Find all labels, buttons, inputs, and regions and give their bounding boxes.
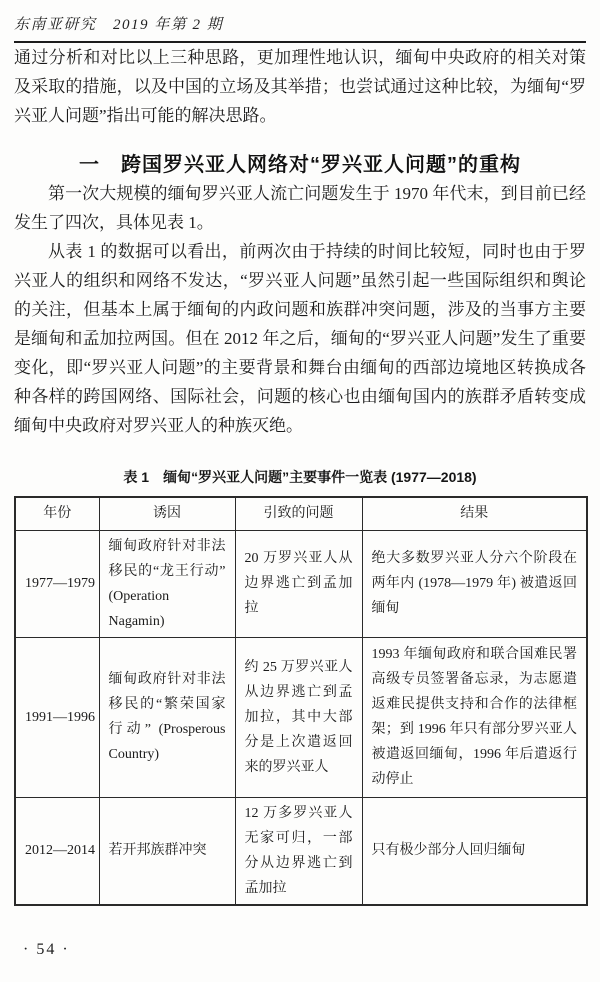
cell-year-1: 1991—1996 xyxy=(15,637,99,797)
section-heading: 一 跨国罗兴亚人网络对“罗兴亚人问题”的重构 xyxy=(14,151,586,179)
table-row: 1991—1996 缅甸政府针对非法移民的“繁荣国家行动” (Prosperou… xyxy=(15,637,587,797)
cell-problem-1: 约 25 万罗兴亚人从边界逃亡到孟加拉，其中大部分是上次遣返回来的罗兴亚人 xyxy=(235,637,362,797)
table-row: 2012—2014 若开邦族群冲突 12 万多罗兴亚人无家可归，一部分从边界逃亡… xyxy=(15,797,587,905)
column-header-problem: 引致的问题 xyxy=(235,497,362,530)
cell-cause-1: 缅甸政府针对非法移民的“繁荣国家行动” (Prosperous Country) xyxy=(99,637,235,797)
events-table: 年份 诱因 引致的问题 结果 1977—1979 缅甸政府针对非法移民的“龙王行… xyxy=(14,496,588,906)
table-caption: 表 1 缅甸“罗兴亚人问题”主要事件一览表 (1977—2018) xyxy=(14,467,586,487)
cell-result-1: 1993 年缅甸政府和联合国难民署高级专员签署备忘录，为志愿遣返难民提供支持和合… xyxy=(362,637,587,797)
cell-year-2: 2012—2014 xyxy=(15,797,99,905)
journal-running-head: 东南亚研究 2019 年第 2 期 xyxy=(14,0,586,34)
cell-problem-0: 20 万罗兴亚人从边界逃亡到孟加拉 xyxy=(235,530,362,637)
scanned-paper-page: 东南亚研究 2019 年第 2 期 通过分析和对比以上三种思路，更加理性地认识，… xyxy=(14,0,586,906)
column-header-result: 结果 xyxy=(362,497,587,530)
paragraph-1: 通过分析和对比以上三种思路，更加理性地认识，缅甸中央政府的相关对策及采取的措施，… xyxy=(14,43,586,130)
cell-problem-2: 12 万多罗兴亚人无家可归，一部分从边界逃亡到孟加拉 xyxy=(235,797,362,905)
cell-result-0: 绝大多数罗兴亚人分六个阶段在两年内 (1978—1979 年) 被遣返回缅甸 xyxy=(362,530,587,637)
page-number: · 54 · xyxy=(23,941,70,959)
cell-cause-0: 缅甸政府针对非法移民的“龙王行动” (Operation Nagamin) xyxy=(99,530,235,637)
column-header-year: 年份 xyxy=(15,497,99,530)
column-header-cause: 诱因 xyxy=(99,497,235,530)
table-header-row: 年份 诱因 引致的问题 结果 xyxy=(15,497,587,530)
table-row: 1977—1979 缅甸政府针对非法移民的“龙王行动” (Operation N… xyxy=(15,530,587,637)
cell-year-0: 1977—1979 xyxy=(15,530,99,637)
cell-cause-2: 若开邦族群冲突 xyxy=(99,797,235,905)
paragraph-3: 从表 1 的数据可以看出，前两次由于持续的时间比较短，同时也由于罗兴亚人的组织和… xyxy=(14,237,586,440)
paragraph-2: 第一次大规模的缅甸罗兴亚人流亡问题发生于 1970 年代末，到目前已经发生了四次… xyxy=(14,179,586,237)
cell-result-2: 只有极少部分人回归缅甸 xyxy=(362,797,587,905)
